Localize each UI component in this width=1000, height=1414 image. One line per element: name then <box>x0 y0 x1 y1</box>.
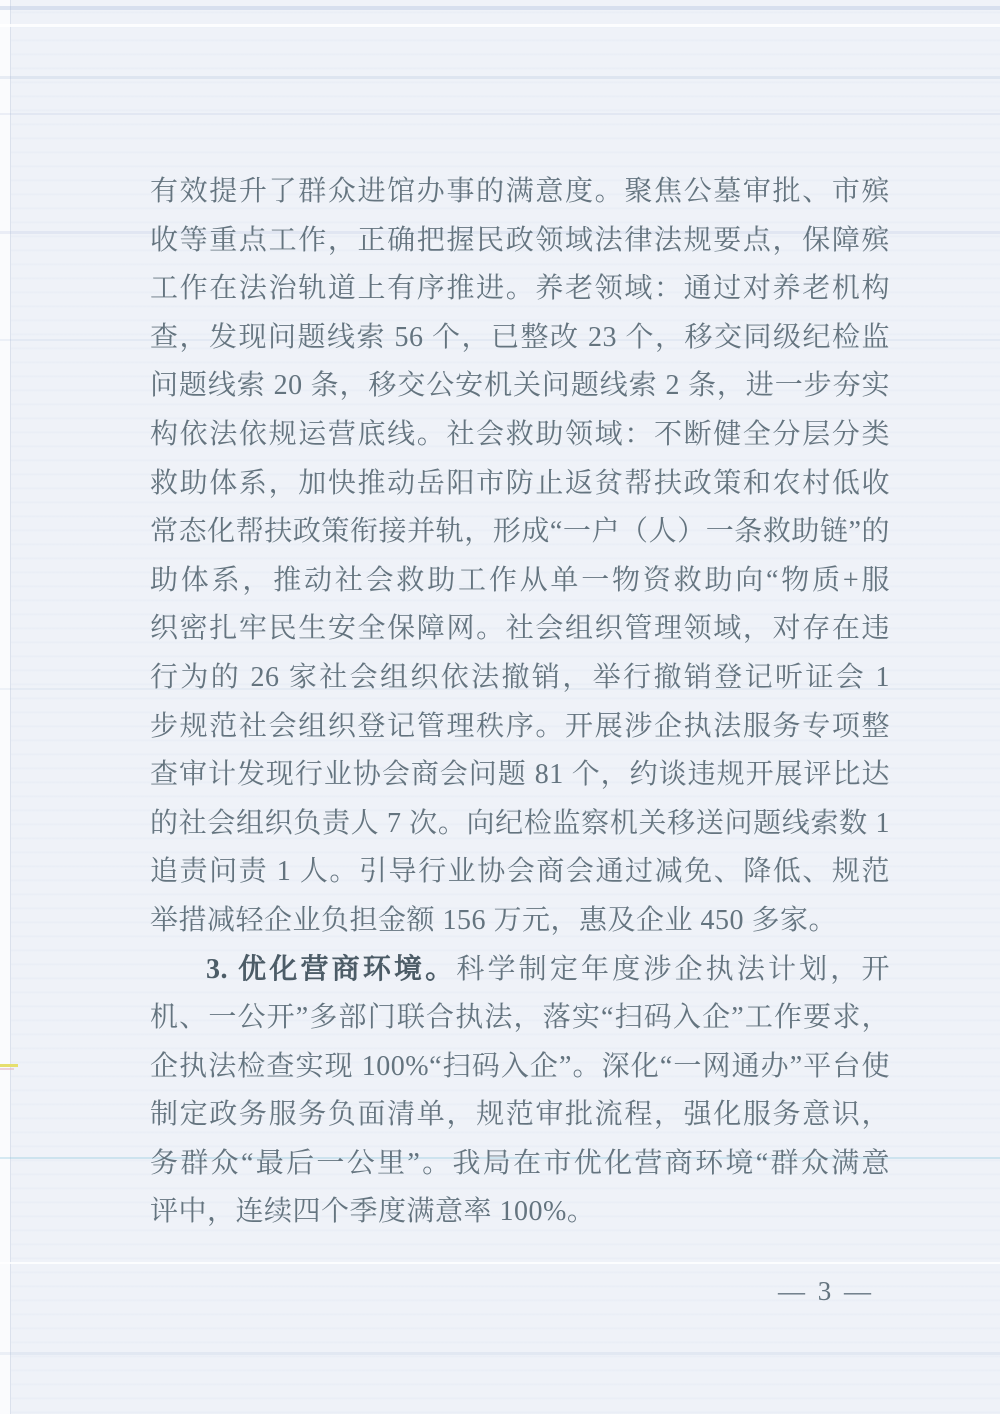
text-line: 3. 优化营商环境。科学制定年度涉企执法计划，开展“双随 <box>150 946 890 995</box>
text-line: 机、一公开”多部门联合执法，落实“扫码入企”工作要求，涉 <box>150 994 890 1043</box>
scan-streak <box>0 76 1000 79</box>
text-line: 追责问责 1 人。引导行业协会商会通过减免、降低、规范收费等 <box>150 848 890 897</box>
text-block: 有效提升了群众进馆办事的满意度。聚焦公墓审批、市殡仪馆回收等重点工作，正确把握民… <box>150 168 890 1237</box>
text-line: 常态化帮扶政策衔接并轨，形成“一户（人）一条救助链”的救 <box>150 508 890 557</box>
text-line: 举措减轻企业负担金额 156 万元，惠及企业 450 多家。 <box>150 897 890 946</box>
scan-streak <box>0 6 1000 10</box>
scan-streak <box>0 113 1000 115</box>
text-line: 查审计发现行业协会商会问题 81 个，约谈违规开展评比达标表彰 <box>150 751 890 800</box>
text-line: 收等重点工作，正确把握民政领域法律法规要点，保障殡葬整治 <box>150 217 890 266</box>
text-line: 有效提升了群众进馆办事的满意度。聚焦公墓审批、市殡仪馆回 <box>150 168 890 217</box>
edge-mark-yellow <box>0 1064 18 1067</box>
text-line: 步规范社会组织登记管理秩序。开展涉企执法服务专项整治，抽 <box>150 703 890 752</box>
text-line: 的社会组织负责人 7 次。向纪检监察机关移送问题线索数 1 个， <box>150 800 890 849</box>
text-line: 救助体系，加快推动岳阳市防止返贫帮扶政策和农村低收入人口 <box>150 460 890 509</box>
edge-mark-pink <box>0 1068 14 1070</box>
text-line: 构依法依规运营底线。社会救助领域：不断健全分层分类的社会 <box>150 411 890 460</box>
text-line: 工作在法治轨道上有序推进。养老领域：通过对养老机构全面排 <box>150 265 890 314</box>
text-line: 制定政务服务负面清单，规范审批流程，强化服务意识，打通服 <box>150 1091 890 1140</box>
text-line: 问题线索 20 条，移交公安机关问题线索 2 条，进一步夯实养老机 <box>150 362 890 411</box>
scan-streak <box>0 1352 1000 1355</box>
text-line: 查，发现问题线索 56 个，已整改 23 个，移交同级纪检监察机关 <box>150 314 890 363</box>
text-line: 行为的 26 家社会组织依法撤销，举行撤销登记听证会 1 次，进一 <box>150 654 890 703</box>
text-line: 织密扎牢民生安全保障网。社会组织管理领域，对存在违法违规 <box>150 605 890 654</box>
text-line: 务群众“最后一公里”。我局在市优化营商环境“群众满意度”测 <box>150 1140 890 1189</box>
text-line: 企执法检查实现 100%“扫码入企”。深化“一网通办”平台使用， <box>150 1043 890 1092</box>
page-number: — 3 — <box>778 1276 874 1307</box>
text-line: 评中，连续四个季度满意率 100%。 <box>150 1188 890 1237</box>
text-line: 助体系，推动社会救助工作从单一物资救助向“物质+服务”转变， <box>150 557 890 606</box>
section-heading: 3. 优化营商环境。 <box>206 954 456 985</box>
scan-streak <box>0 1262 1000 1264</box>
scan-streak <box>0 24 1000 27</box>
page-scan-edge <box>0 0 11 1414</box>
